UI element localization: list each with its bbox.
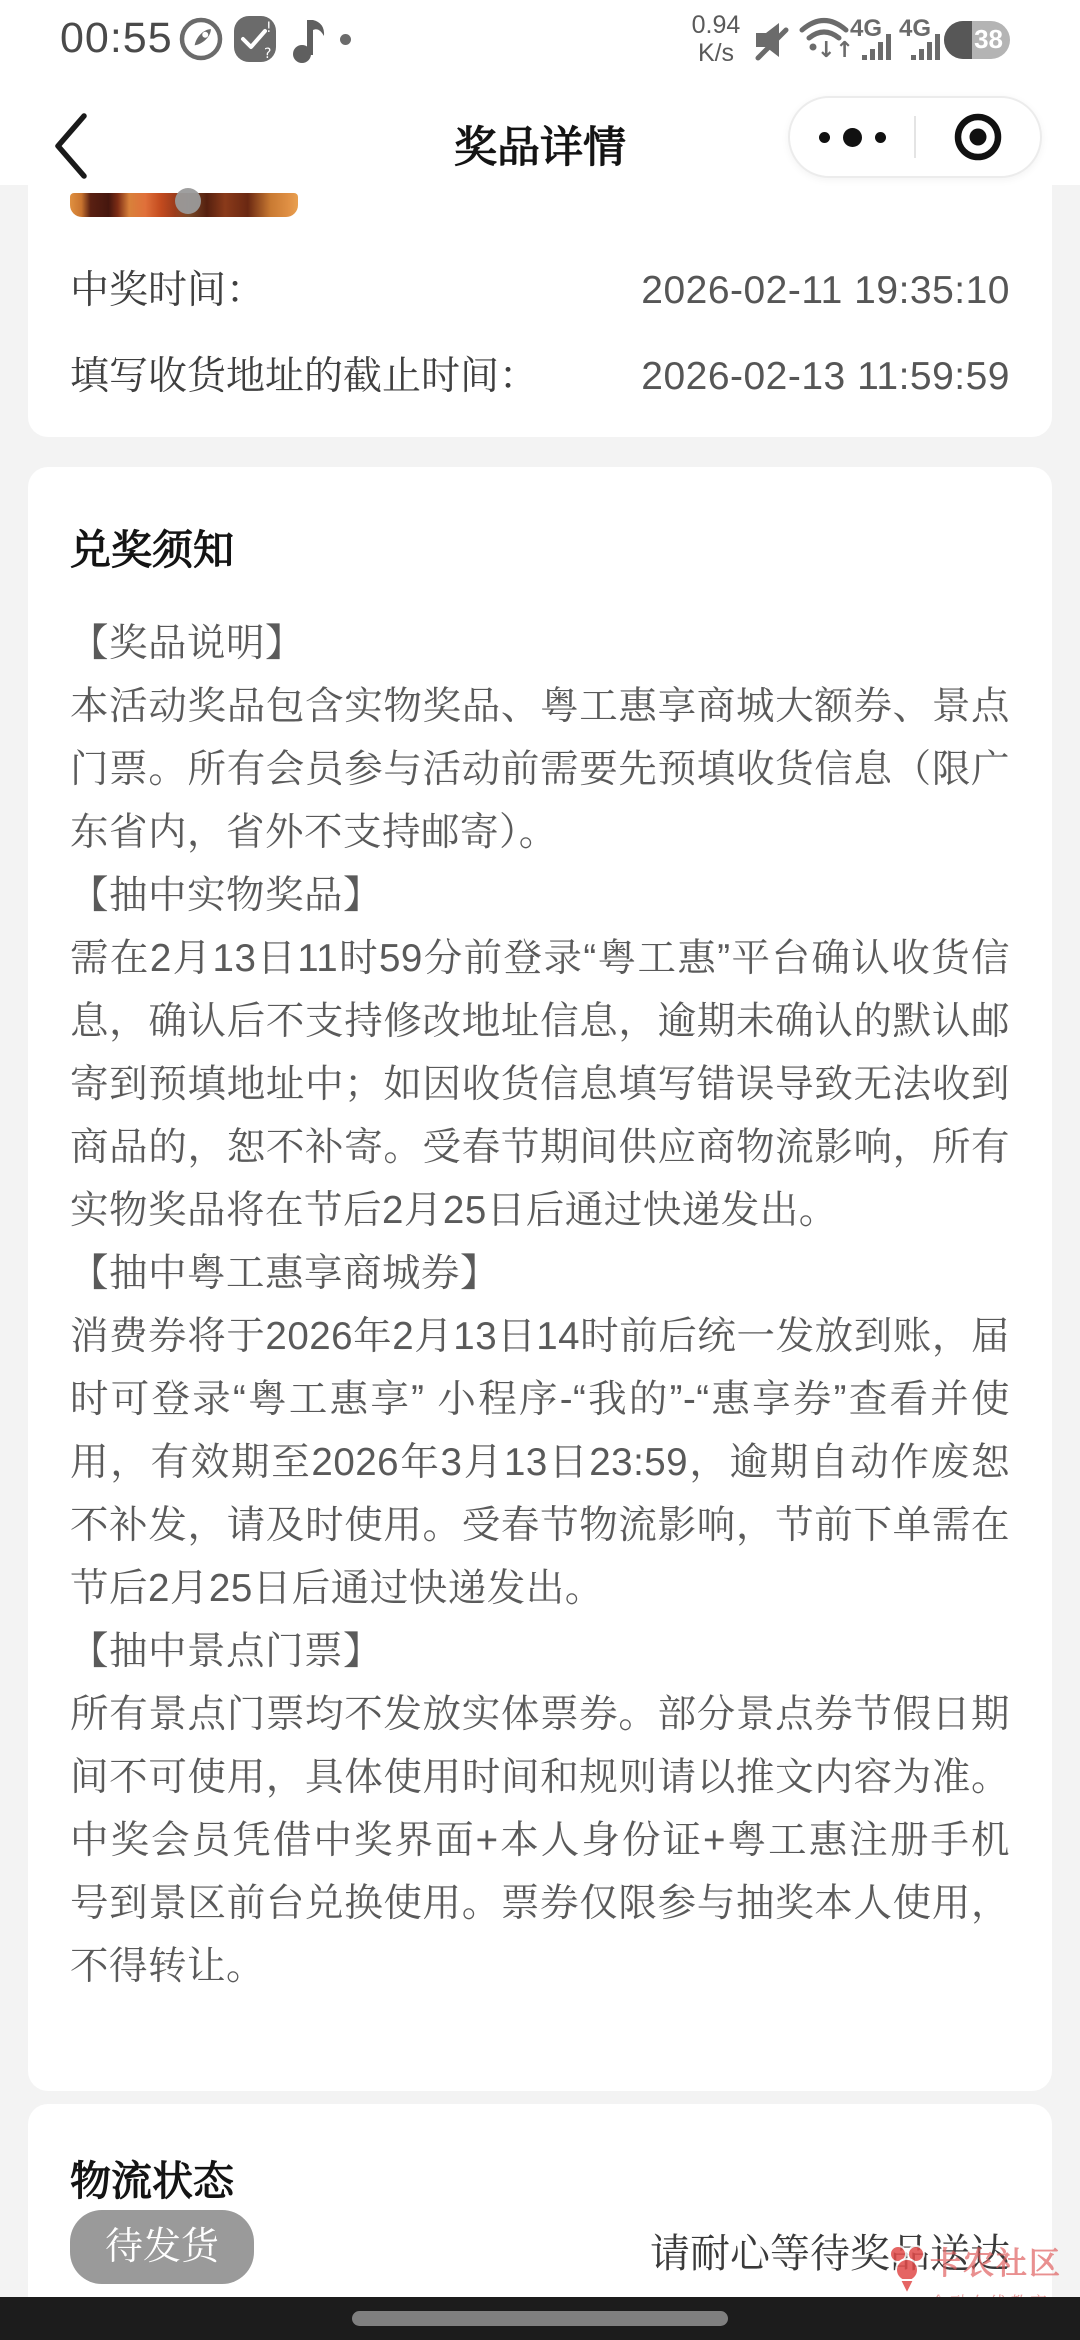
notice-paragraph: 【抽中粤工惠享商城券】 xyxy=(70,1242,1010,1305)
notice-paragraph: 【奖品说明】 xyxy=(70,612,1010,675)
notice-paragraph: 【抽中景点门票】 xyxy=(70,1620,1010,1683)
battery-percent: 38 xyxy=(974,24,1003,55)
network-speed-value: 0.94 xyxy=(680,11,752,39)
address-deadline-value: 2026-02-13 11:59:59 xyxy=(641,355,1010,399)
prize-image-thumbnail[interactable] xyxy=(70,193,298,217)
watermark-name: 卡农社区 xyxy=(930,2238,1062,2283)
win-time-value: 2026-02-11 19:35:10 xyxy=(641,269,1010,313)
address-deadline-label: 填写收货地址的截止时间： xyxy=(70,345,538,401)
notice-paragraph: 所有景点门票均不发放实体票券。部分景点券节假日期间不可使用，具体使用时间和规则请… xyxy=(70,1683,1010,1998)
svg-text:?: ? xyxy=(264,46,271,62)
notice-paragraph: 【抽中实物奖品】 xyxy=(70,864,1010,927)
minimize-target-icon xyxy=(949,108,1007,166)
battery-fill xyxy=(944,21,972,59)
screen: 00:55 ! ? 0.94 K/s ↓↑ 4G xyxy=(0,0,1080,2340)
notification-dot-icon xyxy=(340,34,351,45)
watermark-logo-icon xyxy=(888,2238,926,2298)
status-time: 00:55 xyxy=(60,14,173,63)
signal-4g-secondary: 4G xyxy=(899,15,945,63)
win-time-row: 中奖时间： 2026-02-11 19:35:10 xyxy=(70,259,1010,315)
prize-image-badge xyxy=(175,188,201,214)
more-button[interactable] xyxy=(790,98,914,176)
status-badge: 待发货 xyxy=(70,2210,254,2284)
minimize-button[interactable] xyxy=(916,98,1040,176)
address-deadline-row: 填写收货地址的截止时间： 2026-02-13 11:59:59 xyxy=(70,345,1010,401)
signal-bars-icon xyxy=(862,29,896,61)
gesture-bar xyxy=(0,2297,1080,2340)
logistics-title: 物流状态 xyxy=(70,2148,234,2207)
back-button[interactable] xyxy=(48,108,96,184)
win-time-label: 中奖时间： xyxy=(70,259,265,315)
svg-text:!: ! xyxy=(266,20,272,36)
battery-icon: 38 xyxy=(944,21,1010,59)
wifi-icon: ↓↑ xyxy=(798,15,850,63)
rocket-icon xyxy=(178,16,224,62)
notice-title: 兑奖须知 xyxy=(70,517,1010,576)
signal-bars-icon xyxy=(911,29,945,61)
notice-paragraph: 需在2月13日11时59分前登录“粤工惠”平台确认收货信息，确认后不支持修改地址… xyxy=(70,927,1010,1242)
network-speed-unit: K/s xyxy=(680,39,752,67)
miniprogram-capsule xyxy=(788,96,1042,178)
notice-paragraph: 本活动奖品包含实物奖品、粤工惠享商城大额券、景点门票。所有会员参与活动前需要先预… xyxy=(70,675,1010,864)
redemption-notice-card: 兑奖须知 【奖品说明】 本活动奖品包含实物奖品、粤工惠享商城大额券、景点门票。所… xyxy=(28,467,1052,2091)
verified-badge-icon: ! ? xyxy=(232,14,280,64)
svg-text:↓↑: ↓↑ xyxy=(817,38,850,63)
network-speed: 0.94 K/s xyxy=(680,11,752,67)
tiktok-icon xyxy=(290,16,326,64)
mute-icon xyxy=(752,18,798,62)
signal-4g-primary: 4G xyxy=(850,15,896,63)
notice-paragraph: 消费券将于2026年2月13日14时前后统一发放到账，届时可登录“粤工惠享” 小… xyxy=(70,1305,1010,1620)
prize-card: 中奖时间： 2026-02-11 19:35:10 填写收货地址的截止时间： 2… xyxy=(28,185,1052,437)
more-icon xyxy=(819,128,886,147)
home-indicator[interactable] xyxy=(352,2311,728,2326)
